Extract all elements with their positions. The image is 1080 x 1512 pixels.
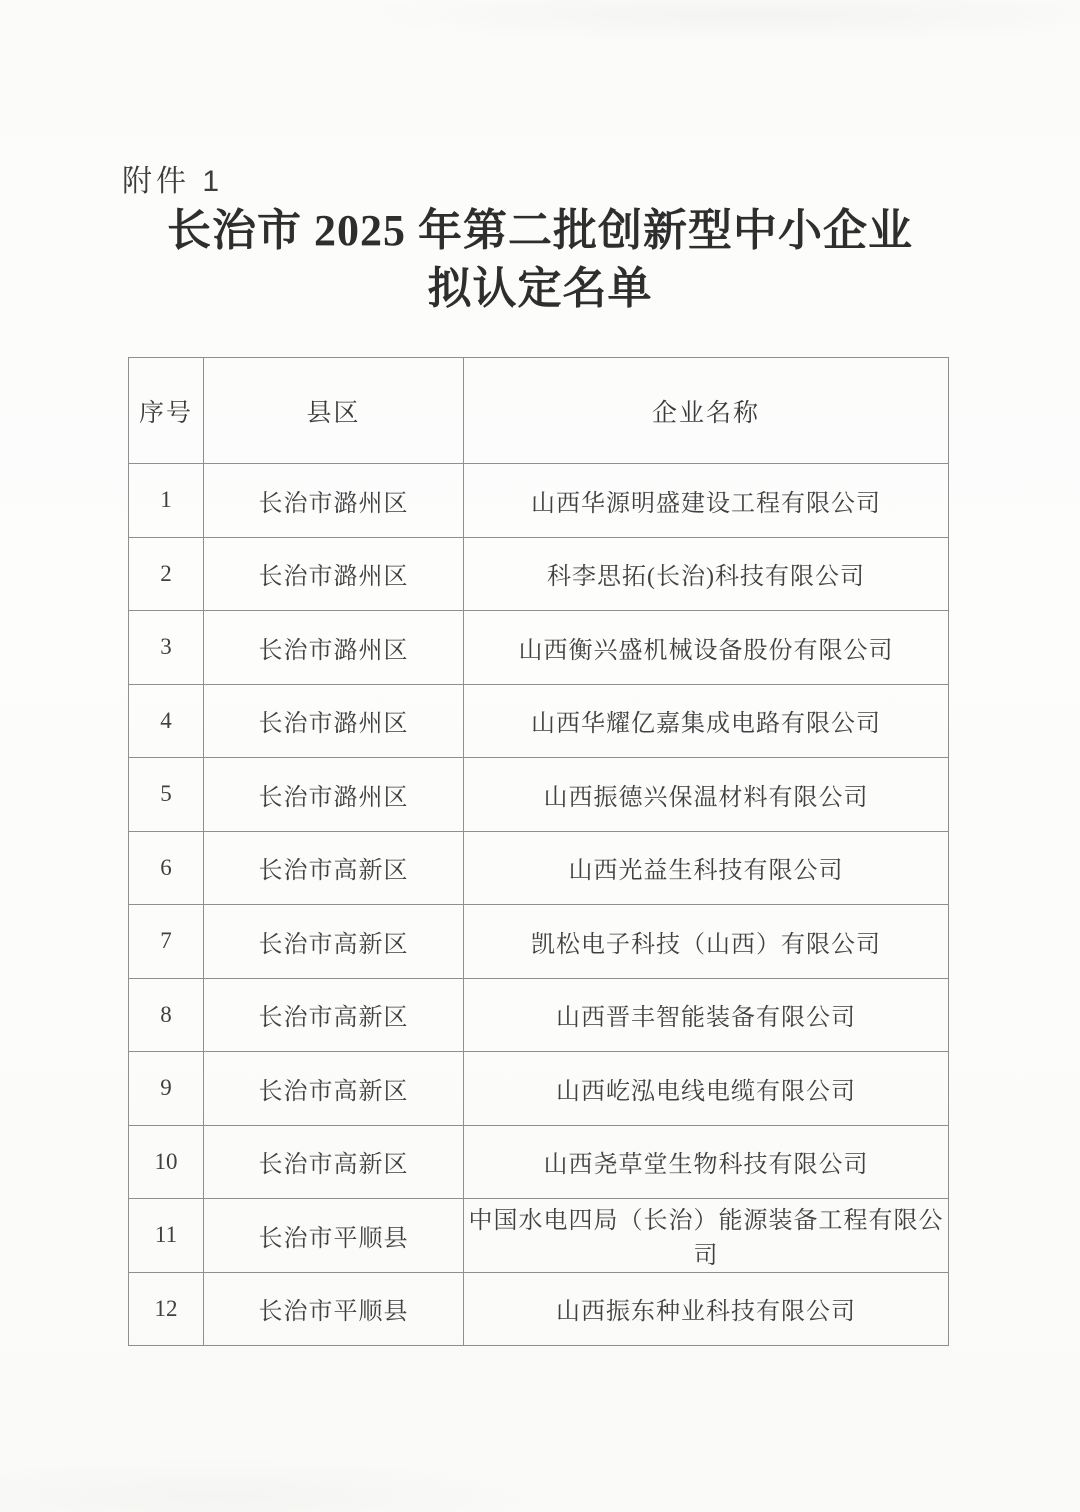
table-row: 12长治市平顺县山西振东种业科技有限公司: [129, 1272, 949, 1346]
table-row: 5长治市潞州区山西振德兴保温材料有限公司: [129, 758, 949, 832]
attachment-label: 附件 1: [122, 156, 223, 200]
cell-no: 8: [129, 978, 204, 1052]
document-title-line-2: 拟认定名单: [428, 264, 653, 313]
cell-district: 长治市高新区: [204, 1052, 464, 1126]
cell-no: 12: [129, 1272, 204, 1346]
cell-company: 山西衡兴盛机械设备股份有限公司: [464, 611, 949, 685]
cell-company: 科李思拓(长治)科技有限公司: [464, 537, 949, 611]
cell-no: 6: [129, 831, 204, 905]
cell-district: 长治市潞州区: [204, 611, 464, 685]
cell-district: 长治市平顺县: [204, 1199, 464, 1273]
table-row: 8长治市高新区山西晋丰智能装备有限公司: [129, 978, 949, 1052]
table-row: 7长治市高新区凯松电子科技（山西）有限公司: [129, 905, 949, 979]
column-header-district: 县区: [204, 358, 464, 464]
cell-no: 11: [129, 1199, 204, 1273]
table-row: 2长治市潞州区科李思拓(长治)科技有限公司: [129, 537, 949, 611]
cell-company: 凯松电子科技（山西）有限公司: [464, 905, 949, 979]
cell-no: 9: [129, 1052, 204, 1126]
cell-no: 4: [129, 684, 204, 758]
companies-table: 序号 县区 企业名称 1长治市潞州区山西华源明盛建设工程有限公司2长治市潞州区科…: [128, 357, 949, 1346]
table-row: 11长治市平顺县中国水电四局（长治）能源装备工程有限公司: [129, 1199, 949, 1273]
cell-company: 山西屹泓电线电缆有限公司: [464, 1052, 949, 1126]
column-header-company: 企业名称: [464, 358, 949, 464]
cell-district: 长治市高新区: [204, 831, 464, 905]
column-header-no: 序号: [129, 358, 204, 464]
table-row: 9长治市高新区山西屹泓电线电缆有限公司: [129, 1052, 949, 1126]
table-row: 4长治市潞州区山西华耀亿嘉集成电路有限公司: [129, 684, 949, 758]
cell-no: 2: [129, 537, 204, 611]
cell-district: 长治市高新区: [204, 1125, 464, 1199]
cell-company: 山西晋丰智能装备有限公司: [464, 978, 949, 1052]
cell-no: 5: [129, 758, 204, 832]
cell-company: 山西华源明盛建设工程有限公司: [464, 464, 949, 538]
document-title-line-1: 长治市 2025 年第二批创新型中小企业: [167, 206, 913, 255]
table-row: 6长治市高新区山西光益生科技有限公司: [129, 831, 949, 905]
cell-district: 长治市平顺县: [204, 1272, 464, 1346]
cell-district: 长治市高新区: [204, 978, 464, 1052]
cell-company: 山西振东种业科技有限公司: [464, 1272, 949, 1346]
cell-no: 7: [129, 905, 204, 979]
table-row: 3长治市潞州区山西衡兴盛机械设备股份有限公司: [129, 611, 949, 685]
document-page: 附件 1 长治市 2025 年第二批创新型中小企业 拟认定名单 序号 县区 企业…: [0, 0, 1080, 1512]
cell-company: 中国水电四局（长治）能源装备工程有限公司: [464, 1199, 949, 1273]
cell-no: 3: [129, 611, 204, 685]
cell-district: 长治市潞州区: [204, 684, 464, 758]
cell-district: 长治市潞州区: [204, 537, 464, 611]
document-title: 长治市 2025 年第二批创新型中小企业 拟认定名单: [0, 202, 1080, 318]
cell-district: 长治市潞州区: [204, 758, 464, 832]
cell-district: 长治市潞州区: [204, 464, 464, 538]
cell-no: 1: [129, 464, 204, 538]
table-header-row: 序号 县区 企业名称: [129, 358, 949, 464]
table-row: 1长治市潞州区山西华源明盛建设工程有限公司: [129, 464, 949, 538]
cell-company: 山西华耀亿嘉集成电路有限公司: [464, 684, 949, 758]
cell-company: 山西尧草堂生物科技有限公司: [464, 1125, 949, 1199]
cell-company: 山西光益生科技有限公司: [464, 831, 949, 905]
table-row: 10长治市高新区山西尧草堂生物科技有限公司: [129, 1125, 949, 1199]
cell-no: 10: [129, 1125, 204, 1199]
cell-district: 长治市高新区: [204, 905, 464, 979]
cell-company: 山西振德兴保温材料有限公司: [464, 758, 949, 832]
